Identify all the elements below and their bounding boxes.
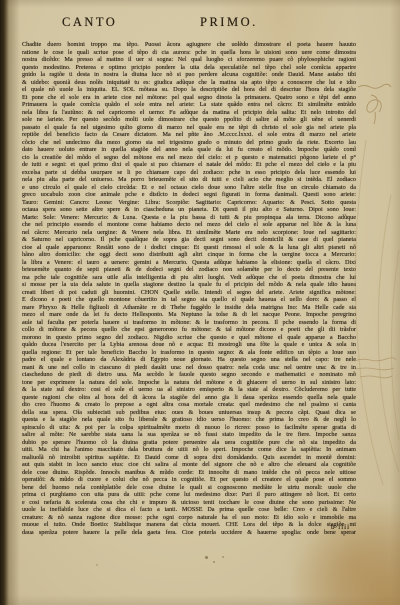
text-line: che nel principio essendo el montone com…: [22, 221, 356, 229]
text-line: greco uocabulo zoon cioe animale pche e …: [22, 191, 356, 199]
text-line: E dicono e poeti che quello montone cõue…: [22, 296, 356, 304]
text-line: mani & une nel collo in ciascuno di pied…: [22, 364, 356, 372]
text-line: & Saturno nel capricorno. Il pche qualũq…: [22, 236, 356, 244]
text-line: bene del huomo nela contẽplatiõe dele co…: [22, 484, 356, 492]
text-line: operatiõi: & mũdo di cuore e colui che n…: [22, 476, 356, 484]
text-line: aule tal faculta per poterla hauere si t…: [22, 319, 356, 327]
text-line: dato hauere uoluto entrare in quella sta…: [22, 146, 356, 154]
marginal-note-top: [358, 84, 391, 124]
text-line: ma pche tale cognitiõe sara utile alla i…: [22, 274, 356, 282]
page-gutter-shadow: [0, 0, 22, 605]
text-line: nela piu alta parte del uniuerso. Ma por…: [22, 176, 356, 184]
book-page: CANTO PRIMO. Chadite duero homini troppo…: [0, 0, 400, 605]
text-line: mare Phryxo & Helle figliuoli di Athamãt…: [22, 304, 356, 312]
text-line: quãdo ducea l'exercito per la Lybia aren…: [22, 341, 356, 349]
text-line: passato el quale fa nel uigesimo quĩto g…: [22, 124, 356, 132]
text-line: tone per exprimere la natura del sole. I…: [22, 379, 356, 387]
text-line: cõcio che nel undecimo dia mezo giorno s…: [22, 139, 356, 147]
fox-spot: [96, 564, 98, 566]
text-line: dubio po sperare l'huomo cõ la diuina gr…: [22, 439, 356, 447]
text-line: prima ci purghiamo con uita pura da uiti…: [22, 491, 356, 499]
text-line: Chadite duero homini troppo ma tẽpo. Puo…: [22, 41, 356, 49]
text-line: ciascheduno de piedi di dietro una. Ma s…: [22, 371, 356, 379]
signature-mark: b iiii: [331, 523, 350, 531]
text-line: dele cose diuine. Rispõde. Innocẽs manib…: [22, 469, 356, 477]
text-line: gnido la ragiõe ti desta in nostra la di…: [22, 71, 356, 79]
text-line: sole ne lariete. Per questo secõdo molti…: [22, 116, 356, 124]
commentary-text-block: Chadite duero homini troppo ma tẽpo. Puo…: [22, 41, 356, 536]
text-line: ratione le cose le quali scriue pose el …: [22, 49, 356, 57]
text-line: padre el quale e lontano da Alexãdria di…: [22, 356, 356, 364]
text-line: questa e la stagiõe nela quale sito fu l…: [22, 416, 356, 424]
text-line: nel cãcro: Mercurio nela uergine: & Vene…: [22, 229, 356, 237]
fox-spot: [338, 95, 340, 97]
text-line: excelsa parte si debba usurpare se li po…: [22, 169, 356, 177]
text-line: e uno circulo el quale el cielo circũda:…: [22, 184, 356, 192]
text-line: Tauro: Gemini: Cancro: Leone: Vergine: L…: [22, 199, 356, 207]
text-line: & la state sul dextro: cosi el sole el u…: [22, 386, 356, 394]
text-line: de tutti e segni: et quel primo dixi el …: [22, 161, 356, 169]
text-line: octaua spera sono sette altre spere & in…: [22, 206, 356, 214]
text-line: maliuolã nõ introibit spiritus sapiẽtie.…: [22, 454, 356, 462]
text-line: spiraculo di uita: & poi per la colpa sp…: [22, 424, 356, 432]
text-line: si mosse per la uia dela salute in quell…: [22, 281, 356, 289]
text-line: nostra dicẽdo: Ma presso al matino il ue…: [22, 56, 356, 64]
show-through-arcs: [355, 140, 399, 485]
text-line: la libra a Venere: el tauro a uenere: ge…: [22, 259, 356, 267]
text-line: della sua spera. Oĩa subiecisti sub pedi…: [22, 409, 356, 417]
text-line: uitii. Ma chi ha l'animo macchiato dala …: [22, 446, 356, 454]
text-line: creati liberi di poi caduti gli huomini.…: [22, 289, 356, 297]
text-line: reptiõe del beneficio facto da Cesare di…: [22, 131, 356, 139]
text-line: collo di mõtone & pecora quello che epsi…: [22, 326, 356, 334]
page-header: CANTO PRIMO.: [0, 15, 400, 31]
text-line: dio creo l'huomo & creato lo prepose a o…: [22, 401, 356, 409]
text-line: daua sperãza potere hauere la pelle dela…: [22, 529, 356, 537]
text-line: mezo el mare onde da lei fu decto Helles…: [22, 311, 356, 319]
text-line: & uidebo: quoniã deus nolẽs iniquitatẽ t…: [22, 79, 356, 87]
text-line: el quale nõ uuole la iniquita. EL SOL mõ…: [22, 86, 356, 94]
text-line: e cosi nefaria & scelerata cosa che chi …: [22, 499, 356, 507]
text-line: cio la creatiõe del mõdo el segno del mõ…: [22, 154, 356, 162]
text-line: Marte: Sole: Venere: Mercurio: & Luna. Q…: [22, 214, 356, 222]
text-line: hãno altro domicilio: che oggi decti son…: [22, 251, 356, 259]
text-line: brieuemẽte quanto de septi pianeti & de …: [22, 266, 356, 274]
text-line: aut quis stabit in loco sancto eius: cio…: [22, 461, 356, 469]
text-line: Et pone che el sole era in ariete cioe n…: [22, 94, 356, 102]
text-line: quella regione: Et per tale beneficio Ba…: [22, 349, 356, 357]
text-line: questo modestino. Preterea e optimo pric…: [22, 64, 356, 72]
header-canto-word: CANTO: [62, 15, 117, 30]
text-line: nela libra fa l'autũno: & nel capricorno…: [22, 109, 356, 117]
fox-spot: [213, 561, 215, 563]
fox-spot: [222, 556, 224, 558]
text-line: morono in questo primo segno del zodiaco…: [22, 334, 356, 342]
marginal-note-middle: [354, 358, 396, 378]
text-line: queste ragioni che oltra al hora del di …: [22, 394, 356, 402]
text-line: muoue el tutto. Onde Boetio: Stabilisque…: [22, 521, 356, 529]
text-line: Primauera la quale comĩcia quãdo el sole…: [22, 101, 356, 109]
header-primo-word: PRIMO.: [200, 15, 258, 30]
text-line: creature: & nõ sanza ragione dice mosse:…: [22, 514, 356, 522]
fox-spot: [205, 556, 208, 559]
text-line: salire al mõte: Ne sarebbe stata uana la…: [22, 431, 356, 439]
text-line: cioe al quale apparuono: Restãti sono de…: [22, 244, 356, 252]
text-line: uuole la ineffabile luce che si dica el …: [22, 506, 356, 514]
